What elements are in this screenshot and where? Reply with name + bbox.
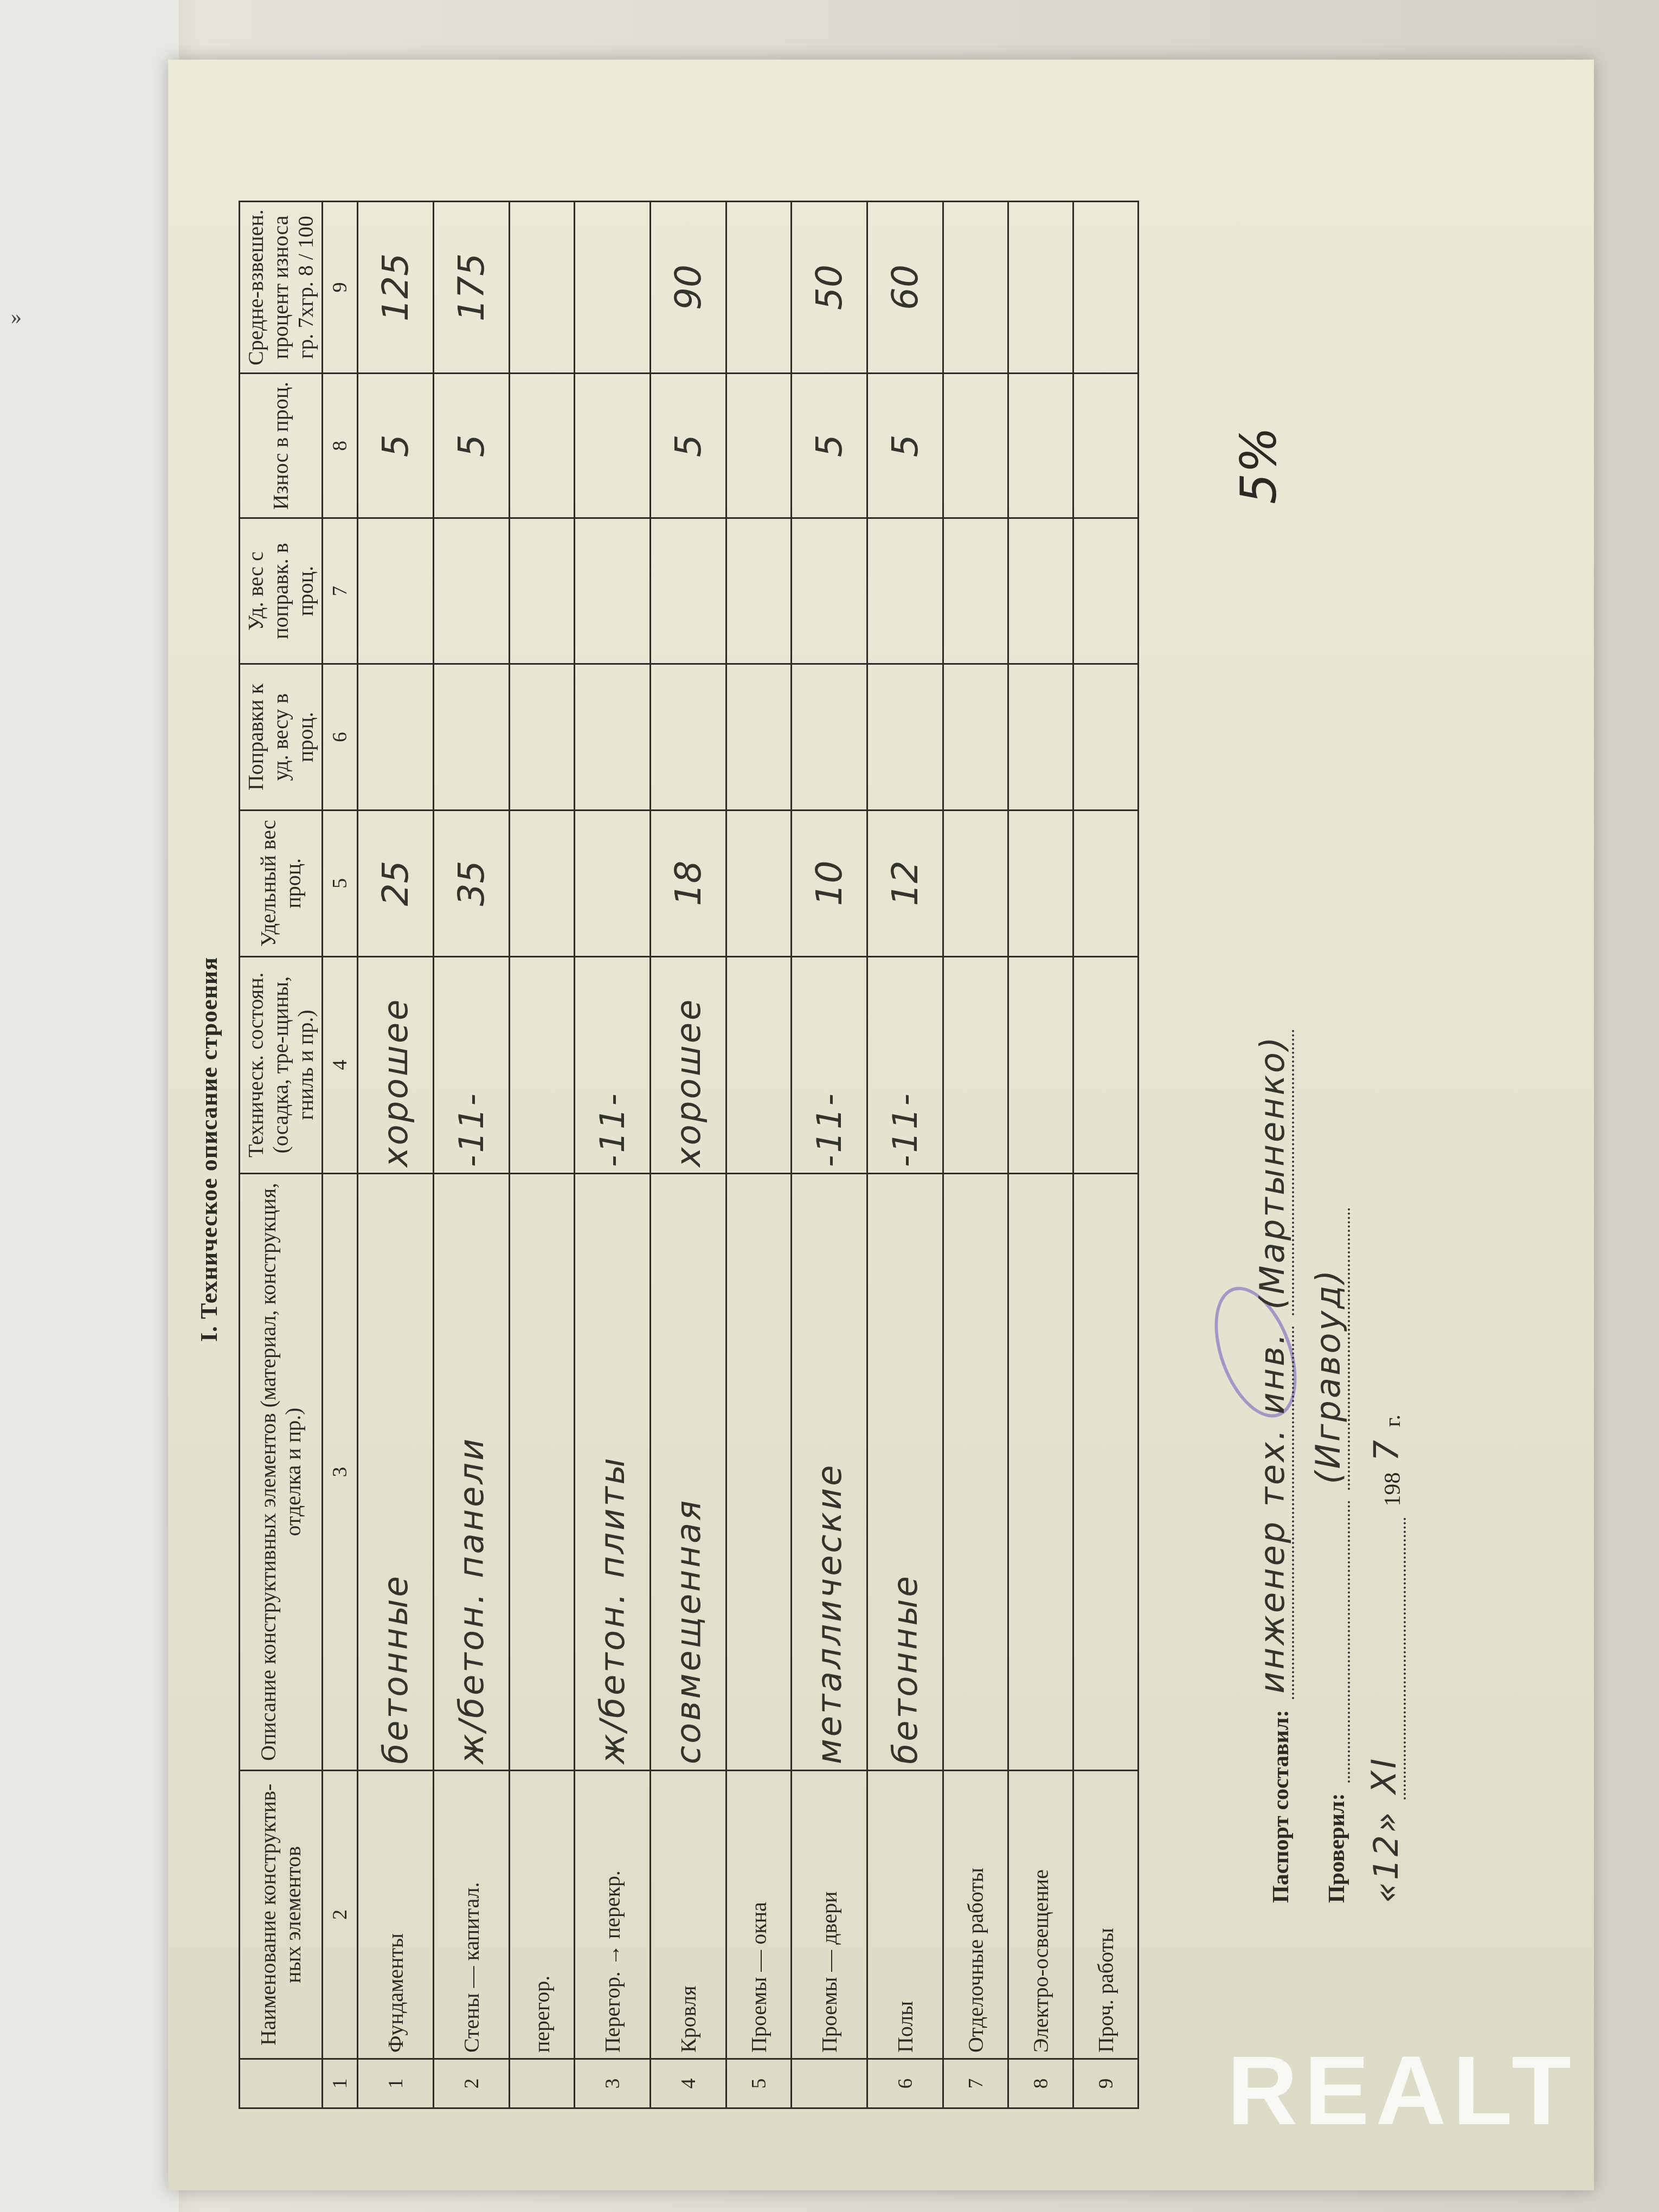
date-row: «12» XI 198 7 г. <box>1364 276 1406 1903</box>
signature-block: Паспорт составил: инженер тех. инв. (Мар… <box>1252 276 1420 1903</box>
compiled-row: Паспорт составил: инженер тех. инв. (Мар… <box>1252 276 1294 1903</box>
table-row: перегор. <box>510 202 575 2108</box>
date-year-prefix: 198 <box>1380 1472 1406 1507</box>
row-name: Стены — капитал. <box>434 1770 510 2059</box>
row-name: Электро-освещение <box>1008 1770 1073 2059</box>
row-correction <box>358 664 434 811</box>
row-correction <box>726 664 792 811</box>
table-row: 1 Фундаменты бетонные хорошее 25 5 125 <box>358 202 434 2108</box>
row-condition <box>726 956 792 1173</box>
table-row: 9 Проч. работы <box>1073 202 1139 2108</box>
checked-name: (Игравоуд) <box>1308 1208 1350 1490</box>
colnum: 3 <box>323 1173 358 1770</box>
row-weight <box>575 810 651 956</box>
row-correction <box>1008 664 1073 811</box>
row-correction <box>434 664 510 811</box>
colnum: 5 <box>323 810 358 956</box>
row-weight-corrected <box>651 518 726 664</box>
table-row: 7 Отделочные работы <box>943 202 1008 2108</box>
row-description <box>1008 1173 1073 1770</box>
row-wear: 5 <box>434 374 510 518</box>
row-condition: хорошее <box>358 956 434 1173</box>
row-description <box>1073 1173 1139 1770</box>
table-row: 5 Проемы — окна <box>726 202 792 2108</box>
section-title: I. Техническое описание строения <box>195 146 223 2152</box>
row-weighted-wear: 90 <box>651 202 726 374</box>
date-month: XI <box>1364 1517 1406 1799</box>
row-correction <box>510 664 575 811</box>
header-col-7: Уд. вес с поправк. в проц. <box>240 518 323 664</box>
row-name: Фундаменты <box>358 1770 434 2059</box>
header-col-9: Средне-взвешен. процент износа гр. 7хгр.… <box>240 202 323 374</box>
row-weight-corrected <box>358 518 434 664</box>
row-condition: -11- <box>434 956 510 1173</box>
row-num: 3 <box>575 2059 651 2108</box>
header-col-6: Поправки к уд. весу в проц. <box>240 664 323 811</box>
row-wear <box>1008 374 1073 518</box>
colnum: 6 <box>323 664 358 811</box>
row-weight-corrected <box>726 518 792 664</box>
row-weight <box>943 810 1008 956</box>
table-row: Проемы — двери металлические -11- 10 5 5… <box>792 202 867 2108</box>
row-num <box>792 2059 867 2108</box>
row-name: Проемы — двери <box>792 1770 867 2059</box>
header-col-4: Техническ. состоян. (осадка, тре-щины, г… <box>240 956 323 1173</box>
row-weight <box>1073 810 1139 956</box>
colnum: 1 <box>323 2059 358 2108</box>
colnum: 7 <box>323 518 358 664</box>
row-num: 9 <box>1073 2059 1139 2108</box>
row-weighted-wear <box>1073 202 1139 374</box>
row-wear <box>1073 374 1139 518</box>
edge-mark: » <box>11 304 22 329</box>
row-weighted-wear <box>943 202 1008 374</box>
row-num: 5 <box>726 2059 792 2108</box>
row-wear <box>510 374 575 518</box>
row-weight-corrected <box>434 518 510 664</box>
row-num <box>510 2059 575 2108</box>
row-weighted-wear <box>510 202 575 374</box>
row-description <box>510 1173 575 1770</box>
row-weighted-wear <box>726 202 792 374</box>
row-weight: 18 <box>651 810 726 956</box>
colnum: 8 <box>323 374 358 518</box>
header-col-5: Удельный вес проц. <box>240 810 323 956</box>
row-weight-corrected <box>1008 518 1073 664</box>
row-correction <box>575 664 651 811</box>
row-weight-corrected <box>510 518 575 664</box>
row-wear: 5 <box>867 374 943 518</box>
table-row: 6 Полы бетонные -11- 12 5 60 <box>867 202 943 2108</box>
colnum: 9 <box>323 202 358 374</box>
row-weight: 25 <box>358 810 434 956</box>
row-wear: 5 <box>358 374 434 518</box>
technical-description-table: Наименование конструктив-ных элементов О… <box>239 201 1139 2109</box>
row-wear: 5 <box>792 374 867 518</box>
row-weighted-wear: 60 <box>867 202 943 374</box>
realt-watermark: REALT <box>1227 2035 1578 2147</box>
date-year-suffix: 7 <box>1366 1438 1406 1461</box>
row-description <box>943 1173 1008 1770</box>
row-weight <box>726 810 792 956</box>
row-weight <box>1008 810 1073 956</box>
row-description: бетонные <box>358 1173 434 1770</box>
row-name: Кровля <box>651 1770 726 2059</box>
background-sheet <box>0 0 179 2212</box>
colnum: 2 <box>323 1770 358 2059</box>
row-weight: 10 <box>792 810 867 956</box>
table-row: 3 Перегор. → перекр. ж/бетон. плиты -11- <box>575 202 651 2108</box>
row-name: Перегор. → перекр. <box>575 1770 651 2059</box>
row-condition <box>1008 956 1073 1173</box>
document-page: I. Техническое описание строения Наимено… <box>168 60 1594 2190</box>
row-weighted-wear <box>1008 202 1073 374</box>
row-weighted-wear: 50 <box>792 202 867 374</box>
table-row: 4 Кровля совмещенная хорошее 18 5 90 <box>651 202 726 2108</box>
row-name: перегор. <box>510 1770 575 2059</box>
header-col-1 <box>240 2059 323 2108</box>
row-weight-corrected <box>943 518 1008 664</box>
row-description: бетонные <box>867 1173 943 1770</box>
compiled-name: (Мартыненко) <box>1252 1030 1294 1315</box>
row-condition: хорошее <box>651 956 726 1173</box>
row-num: 2 <box>434 2059 510 2108</box>
header-col-2: Наименование конструктив-ных элементов <box>240 1770 323 2059</box>
row-correction <box>651 664 726 811</box>
date-day: «12» <box>1366 1810 1406 1903</box>
header-col-8: Износ в проц. <box>240 374 323 518</box>
row-weight <box>510 810 575 956</box>
row-weighted-wear: 175 <box>434 202 510 374</box>
rotated-form: I. Техническое описание строения Наимено… <box>190 146 1491 2152</box>
date-g: г. <box>1380 1414 1406 1427</box>
row-description <box>726 1173 792 1770</box>
row-weight-corrected <box>1073 518 1139 664</box>
row-weighted-wear <box>575 202 651 374</box>
row-weight-corrected <box>792 518 867 664</box>
row-weight-corrected <box>867 518 943 664</box>
row-weight-corrected <box>575 518 651 664</box>
row-wear <box>575 374 651 518</box>
checked-signature <box>1348 1501 1350 1783</box>
compiled-value: инженер тех. инв. <box>1252 1326 1294 1699</box>
row-correction <box>1073 664 1139 811</box>
row-description: ж/бетон. панели <box>434 1173 510 1770</box>
row-wear: 5 <box>651 374 726 518</box>
row-description: совмещенная <box>651 1173 726 1770</box>
compiled-label: Паспорт составил: <box>1268 1710 1294 1903</box>
column-number-row: 1 2 3 4 5 6 7 8 9 <box>323 202 358 2108</box>
table-row: 8 Электро-освещение <box>1008 202 1073 2108</box>
row-weighted-wear: 125 <box>358 202 434 374</box>
row-num: 1 <box>358 2059 434 2108</box>
row-condition: -11- <box>867 956 943 1173</box>
row-description: металлические <box>792 1173 867 1770</box>
row-condition: -11- <box>575 956 651 1173</box>
row-condition <box>943 956 1008 1173</box>
colnum: 4 <box>323 956 358 1173</box>
row-condition <box>510 956 575 1173</box>
header-col-3: Описание конструктивных элементов (матер… <box>240 1173 323 1770</box>
row-name: Проемы — окна <box>726 1770 792 2059</box>
row-name: Полы <box>867 1770 943 2059</box>
row-num: 4 <box>651 2059 726 2108</box>
checked-row: Проверил: (Игравоуд) <box>1308 276 1350 1903</box>
row-condition: -11- <box>792 956 867 1173</box>
checked-label: Проверил: <box>1324 1793 1350 1903</box>
row-wear <box>726 374 792 518</box>
row-num: 6 <box>867 2059 943 2108</box>
row-num: 7 <box>943 2059 1008 2108</box>
row-correction <box>943 664 1008 811</box>
row-num: 8 <box>1008 2059 1073 2108</box>
row-name: Отделочные работы <box>943 1770 1008 2059</box>
row-description: ж/бетон. плиты <box>575 1173 651 1770</box>
header-row: Наименование конструктив-ных элементов О… <box>240 202 323 2108</box>
row-name: Проч. работы <box>1073 1770 1139 2059</box>
row-wear <box>943 374 1008 518</box>
row-condition <box>1073 956 1139 1173</box>
row-weight: 12 <box>867 810 943 956</box>
table-row: 2 Стены — капитал. ж/бетон. панели -11- … <box>434 202 510 2108</box>
row-correction <box>792 664 867 811</box>
row-weight: 35 <box>434 810 510 956</box>
row-correction <box>867 664 943 811</box>
